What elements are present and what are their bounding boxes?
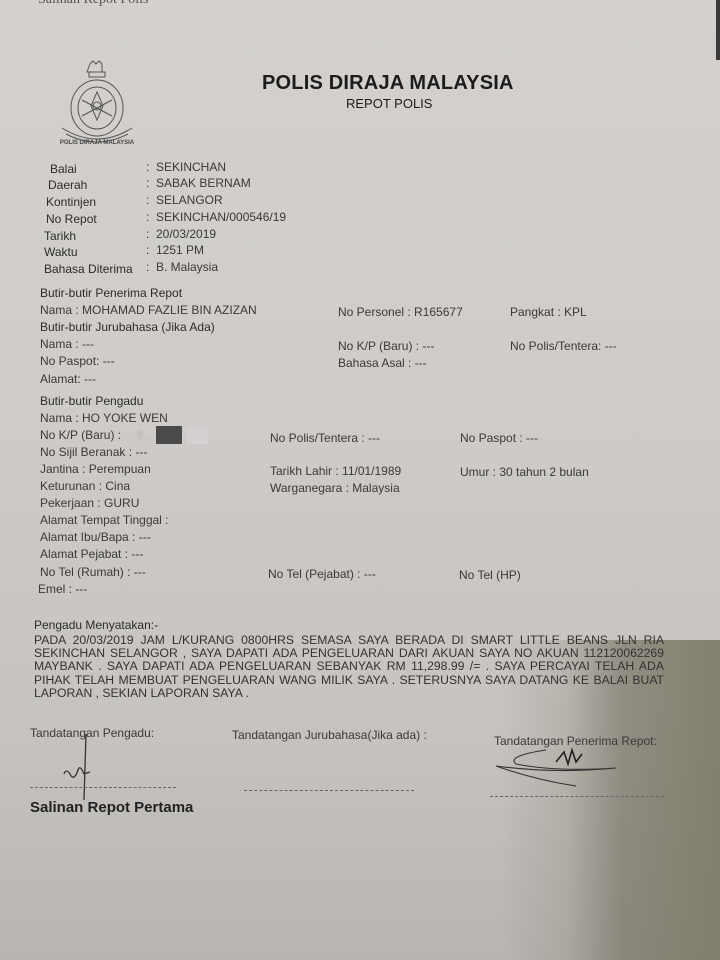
header-field-label: Bahasa Diterima <box>44 262 133 276</box>
header-field-colon: : <box>146 210 149 224</box>
receiver-rank: Pangkat : KPL <box>510 305 587 319</box>
complainant-police-no: No Polis/Tentera : --- <box>270 431 380 445</box>
header-field-value: SEKINCHAN <box>156 160 226 174</box>
complainant-office-address: Alamat Pejabat : --- <box>40 547 143 561</box>
header-field-colon: : <box>146 243 149 257</box>
paper-edge <box>716 0 720 60</box>
copy-label: Salinan Repot Pertama <box>30 799 193 816</box>
complainant-occupation: Pekerjaan : GURU <box>40 496 139 510</box>
police-crest-icon: POLIS DIRAJA MALAYSIA <box>52 60 142 150</box>
receiver-name: Nama : MOHAMAD FAZLIE BIN AZIZAN <box>40 303 257 317</box>
complainant-ic-value: 8.. <box>137 430 150 442</box>
organization-title: POLIS DIRAJA MALAYSIA <box>262 72 514 95</box>
receiver-signature-icon <box>486 742 636 792</box>
svg-text:POLIS DIRAJA MALAYSIA: POLIS DIRAJA MALAYSIA <box>60 140 135 146</box>
complainant-tel-office: No Tel (Pejabat) : --- <box>268 567 376 581</box>
complainant-parent-address: Alamat Ibu/Bapa : --- <box>40 530 151 544</box>
complainant-tel-home: No Tel (Rumah) : --- <box>40 565 146 579</box>
complainant-tel-hp: No Tel (HP) <box>459 568 521 582</box>
complainant-nationality: Warganegara : Malaysia <box>270 481 400 495</box>
header-field-label: No Repot <box>46 212 97 226</box>
header-field-label: Daerah <box>48 178 87 192</box>
receiver-section-title: Butir-butir Penerima Repot <box>40 286 182 300</box>
complainant-birth-cert: No Sijil Beranak : --- <box>40 445 147 459</box>
complainant-dob: Tarikh Lahir : 11/01/1989 <box>270 464 401 478</box>
header-field-colon: : <box>146 160 149 174</box>
statement-text: PADA 20/03/2019 JAM L/KURANG 0800HRS SEM… <box>34 634 664 700</box>
interpreter-police-no: No Polis/Tentera: --- <box>510 339 617 353</box>
signature-line-receiver <box>490 796 664 797</box>
header-field-colon: : <box>146 227 149 241</box>
header-field-label: Balai <box>50 162 77 176</box>
header-field-value: 1251 PM <box>156 243 204 257</box>
header-field-label: Waktu <box>44 245 78 259</box>
header-field-value: B. Malaysia <box>156 260 218 274</box>
complainant-home-address: Alamat Tempat Tinggal : <box>40 513 169 527</box>
complainant-race: Keturunan : Cina <box>40 479 130 493</box>
interpreter-ic-no: No K/P (Baru) : --- <box>338 339 434 353</box>
signature-line-complainant <box>30 787 176 788</box>
header-field-value: 20/03/2019 <box>156 227 216 241</box>
header-field-colon: : <box>146 260 149 274</box>
redaction-block-light <box>186 428 208 444</box>
complainant-email: Emel : --- <box>38 582 87 596</box>
header-field-colon: : <box>146 176 149 190</box>
complainant-ic-label: No K/P (Baru) : <box>40 428 121 442</box>
signature-line-interpreter <box>244 790 414 791</box>
complainant-gender: Jantina : Perempuan <box>40 462 151 476</box>
interpreter-native-language: Bahasa Asal : --- <box>338 356 427 370</box>
statement-title: Pengadu Menyatakan:- <box>34 618 158 632</box>
header-field-value: SELANGOR <box>156 193 223 207</box>
complainant-passport: No Paspot : --- <box>460 431 538 445</box>
complainant-section-title: Butir-butir Pengadu <box>40 394 143 408</box>
redaction-block <box>156 426 182 444</box>
complainant-name: Nama : HO YOKE WEN <box>40 411 168 425</box>
interpreter-name: Nama : --- <box>40 337 94 351</box>
signature-interpreter-label: Tandatangan Jurubahasa(Jika ada) : <box>232 728 427 742</box>
header-field-label: Tarikh <box>44 229 76 243</box>
top-cut-header: Salinan Repot Polis <box>38 0 148 8</box>
complainant-age: Umur : 30 tahun 2 bulan <box>460 465 589 479</box>
header-field-colon: : <box>146 193 149 207</box>
header-field-value: SEKINCHAN/000546/19 <box>156 210 286 224</box>
header-field-value: SABAK BERNAM <box>156 176 251 190</box>
interpreter-passport: No Paspot: --- <box>40 354 115 368</box>
header-field-label: Kontinjen <box>46 195 96 209</box>
report-type-subtitle: REPOT POLIS <box>346 96 432 111</box>
complainant-signature-icon <box>40 730 120 810</box>
receiver-personnel-no: No Personel : R165677 <box>338 305 463 319</box>
interpreter-address: Alamat: --- <box>40 372 96 386</box>
interpreter-section-title: Butir-butir Jurubahasa (Jika Ada) <box>40 320 215 334</box>
